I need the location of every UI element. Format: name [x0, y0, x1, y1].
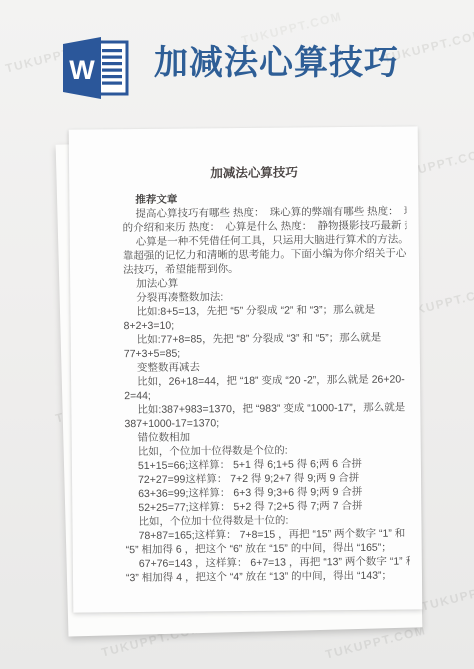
header: W 加减法心算技巧 [0, 0, 474, 110]
watermark: TUKUPPT.COM [420, 575, 474, 614]
doc-line: 比如，26+18=44，把 “18” 变成 “20 -2”，那么就是 26+20… [124, 372, 408, 389]
template-preview-page: TUKUPPT.COM TUKUPPT.COM TUKUPPT.COM TUKU… [0, 0, 474, 669]
page-title: 加减法心算技巧 [154, 42, 399, 86]
svg-text:W: W [69, 55, 95, 85]
doc-line: 比如:77+8=85，先把 “8” 分裂成 “3” 和 “5”；那么就是 [124, 330, 408, 347]
doc-line: “3” 相加得 4 ，把这个 “4” 放在 “13” 的中间，得出 “143”； [126, 568, 410, 585]
doc-line: 比如:8+5=13，先把 “5” 分裂成 “2” 和 “3”；那么就是 [123, 302, 407, 319]
word-icon: W [63, 37, 129, 99]
document-page: 加减法心算技巧推荐文章提高心算技巧有哪些 热度： 珠心算的弊端有哪些 热度： 珠… [69, 126, 423, 612]
doc-line: 加减法心算技巧 [122, 164, 406, 181]
document-body: 加减法心算技巧推荐文章提高心算技巧有哪些 热度： 珠心算的弊端有哪些 热度： 珠… [122, 164, 410, 585]
doc-line: 靠超强的记忆力和清晰的思考能力。下面小编为你介绍关于心算加减 [123, 246, 407, 263]
doc-line: 比如:387+983=1370，把 “983” 变成 “1000-17”，那么就… [124, 400, 408, 417]
